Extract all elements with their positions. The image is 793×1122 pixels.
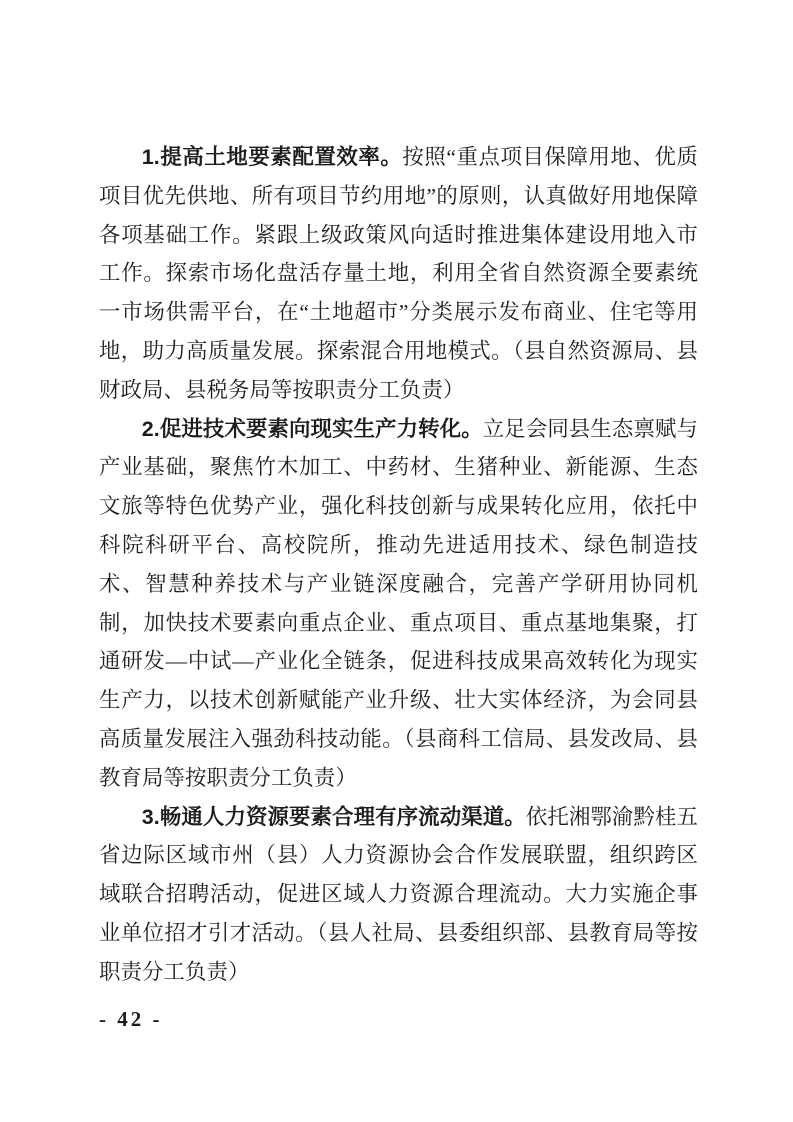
document-page: 1.提高土地要素配置效率。按照“重点项目保障用地、优质项目优先供地、所有项目节约… (0, 0, 793, 1122)
paragraph-2-text: 立足会同县生态禀赋与产业基础，聚焦竹木加工、中药材、生猪种业、新能源、生态文旅等… (99, 417, 698, 790)
paragraph-2-heading: 2.促进技术要素向现实生产力转化。 (142, 417, 483, 441)
page-number: - 42 - (99, 1007, 163, 1032)
paragraph-3-heading: 3.畅通人力资源要素合理有序流动渠道。 (142, 805, 526, 829)
paragraph-3: 3.畅通人力资源要素合理有序流动渠道。依托湘鄂渝黔桂五省边际区域市州（县）人力资… (99, 798, 698, 992)
paragraph-3-text: 依托湘鄂渝黔桂五省边际区域市州（县）人力资源协会合作发展联盟，组织跨区域联合招聘… (99, 805, 698, 984)
paragraph-1-heading: 1.提高土地要素配置效率。 (142, 145, 403, 169)
paragraph-1-text: 按照“重点项目保障用地、优质项目优先供地、所有项目节约用地”的原则，认真做好用地… (99, 145, 698, 402)
document-body: 1.提高土地要素配置效率。按照“重点项目保障用地、优质项目优先供地、所有项目节约… (99, 138, 698, 992)
paragraph-2: 2.促进技术要素向现实生产力转化。立足会同县生态禀赋与产业基础，聚焦竹木加工、中… (99, 410, 698, 798)
paragraph-1: 1.提高土地要素配置效率。按照“重点项目保障用地、优质项目优先供地、所有项目节约… (99, 138, 698, 410)
